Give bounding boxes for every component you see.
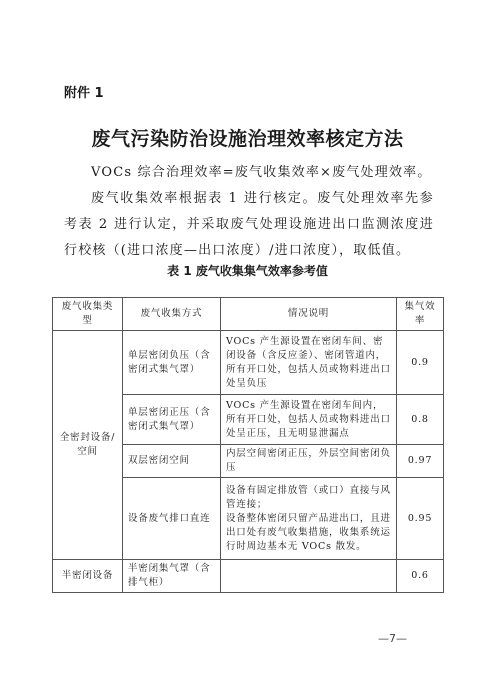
efficiency-cell: 0.95 xyxy=(397,478,444,560)
table-caption: 表 1 废气收集集气效率参考值 xyxy=(0,262,495,279)
attachment-label: 附件 1 xyxy=(64,82,104,101)
type-cell: 全密封设备/空间 xyxy=(53,331,123,560)
header-efficiency: 集气效率 xyxy=(397,298,444,331)
efficiency-cell: 0.6 xyxy=(397,560,444,593)
method-cell: 半密闭集气罩（含排气柜） xyxy=(123,560,221,593)
description-cell: VOCs 产生源设置在密闭车间内，所有开口处，包括人员或物料进出口处呈正压，且无… xyxy=(221,395,397,445)
paragraph-formula: VOCs 综合治理效率=废气收集效率×废气处理效率。 xyxy=(64,160,434,186)
table-row: 全密封设备/空间 单层密闭负压（含密闭式集气罩） VOCs 产生源设置在密闭车间… xyxy=(53,331,444,395)
header-description: 情况说明 xyxy=(221,298,397,331)
paragraph-method: 废气收集效率根据表 1 进行核定。废气处理效率先参考表 2 进行认定，并采取废气… xyxy=(64,186,434,264)
type-cell: 半密闭设备 xyxy=(53,560,123,593)
table-row: 半密闭设备 半密闭集气罩（含排气柜） 0.6 xyxy=(53,560,444,593)
method-cell: 单层密闭正压（含密闭式集气罩） xyxy=(123,395,221,445)
efficiency-cell: 0.9 xyxy=(397,331,444,395)
description-cell: VOCs 产生源设置在密闭车间、密闭设备（含反应釜）、密闭管道内，所有开口处，包… xyxy=(221,331,397,395)
method-cell: 设备废气排口直连 xyxy=(123,478,221,560)
efficiency-cell: 0.97 xyxy=(397,445,444,478)
description-cell: 内层空间密闭正压，外层空间密闭负压 xyxy=(221,445,397,478)
method-cell: 双层密闭空间 xyxy=(123,445,221,478)
page-number: —7— xyxy=(378,632,407,645)
header-method: 废气收集方式 xyxy=(123,298,221,331)
document-title: 废气污染防治设施治理效率核定方法 xyxy=(0,124,495,151)
efficiency-table: 废气收集类型 废气收集方式 情况说明 集气效率 全密封设备/空间 单层密闭负压（… xyxy=(52,297,444,593)
header-type: 废气收集类型 xyxy=(53,298,123,331)
efficiency-cell: 0.8 xyxy=(397,395,444,445)
table-header-row: 废气收集类型 废气收集方式 情况说明 集气效率 xyxy=(53,298,444,331)
method-cell: 单层密闭负压（含密闭式集气罩） xyxy=(123,331,221,395)
description-cell xyxy=(221,560,397,593)
description-cell: 设备有固定排放管（或口）直接与风管连接； 设备整体密闭只留产品进出口，且进出口处… xyxy=(221,478,397,560)
